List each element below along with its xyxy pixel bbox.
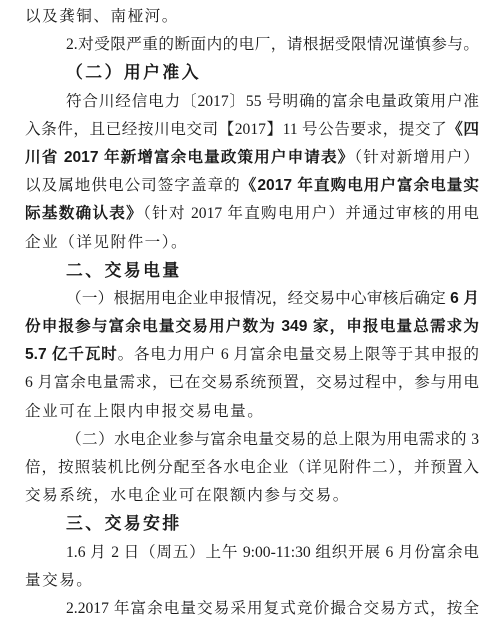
text-line: 以及龚铜、南桠河。 (25, 3, 479, 31)
text-line: 符合川经信电力〔2017〕55 号明确的富余电量政策用户准 (25, 88, 479, 116)
section-heading: 三、交易安排 (25, 510, 479, 538)
text-line: 企业可在上限内申报交易电量。 (25, 398, 479, 426)
section-heading: 二、交易电量 (25, 257, 479, 285)
text-line: 2.2017 年富余电量交易采用复式竞价撮合交易方式，按全 (25, 595, 479, 623)
bold-text-segment: （二）用户准入 (66, 63, 201, 82)
text-segment: 。各电力用户 6 月富余电量交易上限等于其申报的 (118, 346, 479, 363)
text-segment: 2.2017 年富余电量交易采用复式竞价撮合交易方式，按全 (66, 600, 479, 617)
text-line: 量交易。 (25, 567, 479, 595)
text-line: 份申报参与富余电量交易用户数为 349 家，申报电量总需求为 (25, 313, 479, 341)
text-segment: （二）水电企业参与富余电量交易的总上限为用电需求的 3 (66, 431, 479, 448)
text-segment: 企业可在上限内申报交易电量。 (25, 403, 264, 420)
text-line: 6 月富余电量需求，已在交易系统预置，交易过程中，参与用电 (25, 369, 479, 397)
text-segment: 以及属地供电公司签字盖章的 (25, 177, 241, 194)
text-line: 1.6 月 2 日（周五）上午 9:00-11:30 组织开展 6 月份富余电 (25, 539, 479, 567)
text-segment: 1.6 月 2 日（周五）上午 9:00-11:30 组织开展 6 月份富余电 (66, 544, 479, 561)
section-heading: （二）用户准入 (25, 59, 479, 87)
text-segment: 倍，按照装机比例分配至各水电企业（详见附件二），并预置入 (25, 459, 479, 476)
text-line: 交易系统，水电企业可在限额内参与交易。 (25, 482, 479, 510)
bold-text-segment: 《四 (447, 121, 479, 138)
text-segment: （针对新增用户） (354, 149, 479, 166)
text-segment: 交易系统，水电企业可在限额内参与交易。 (25, 487, 350, 504)
text-line: 5.7 亿千瓦时。各电力用户 6 月富余电量交易上限等于其申报的 (25, 341, 479, 369)
text-segment: 6 月富余电量需求，已在交易系统预置，交易过程中，参与用电 (25, 374, 479, 391)
text-line: （一）根据用电企业申报情况，经交易中心审核后确定 6 月 (25, 285, 479, 313)
text-segment: 企业（详见附件一）。 (25, 234, 188, 251)
text-segment: （针对 2017 年直购电用户）并通过审核的用电 (143, 205, 479, 222)
document-page: 以及龚铜、南桠河。2.对受限严重的断面内的电厂，请根据受限情况谨慎参与。（二）用… (0, 0, 488, 624)
bold-text-segment: 川省 2017 年新增富余电量政策用户申请表》 (25, 149, 354, 166)
text-segment: （一）根据用电企业申报情况，经交易中心审核后确定 (66, 290, 450, 307)
text-line: 入条件，且已经按川电交司【2017】11 号公告要求，提交了《四 (25, 116, 479, 144)
text-segment: 符合川经信电力〔2017〕55 号明确的富余电量政策用户准 (66, 93, 479, 110)
text-line: 川省 2017 年新增富余电量政策用户申请表》（针对新增用户） (25, 144, 479, 172)
bold-text-segment: 5.7 亿千瓦时 (25, 346, 118, 363)
text-line: （二）水电企业参与富余电量交易的总上限为用电需求的 3 (25, 426, 479, 454)
text-segment: 量交易。 (25, 572, 93, 589)
text-line: 以及属地供电公司签字盖章的《2017 年直购电用户富余电量实 (25, 172, 479, 200)
document-body: 以及龚铜、南桠河。2.对受限严重的断面内的电厂，请根据受限情况谨慎参与。（二）用… (0, 0, 488, 623)
text-segment: 2.对受限严重的断面内的电厂，请根据受限情况谨慎参与。 (66, 36, 479, 53)
bold-text-segment: 6 月 (450, 290, 479, 307)
bold-text-segment: 际基数确认表》 (25, 205, 143, 222)
text-line: 企业（详见附件一）。 (25, 229, 479, 257)
bold-text-segment: 《2017 年直购电用户富余电量实 (241, 177, 479, 194)
bold-text-segment: 份申报参与富余电量交易用户数为 349 家，申报电量总需求为 (25, 318, 479, 335)
bold-text-segment: 三、交易安排 (66, 514, 182, 533)
text-line: 际基数确认表》（针对 2017 年直购电用户）并通过审核的用电 (25, 200, 479, 228)
text-line: 倍，按照装机比例分配至各水电企业（详见附件二），并预置入 (25, 454, 479, 482)
text-segment: 入条件，且已经按川电交司【2017】11 号公告要求，提交了 (25, 121, 447, 138)
bold-text-segment: 二、交易电量 (66, 261, 182, 280)
text-line: 2.对受限严重的断面内的电厂，请根据受限情况谨慎参与。 (25, 31, 479, 59)
text-segment: 以及龚铜、南桠河。 (25, 8, 179, 25)
